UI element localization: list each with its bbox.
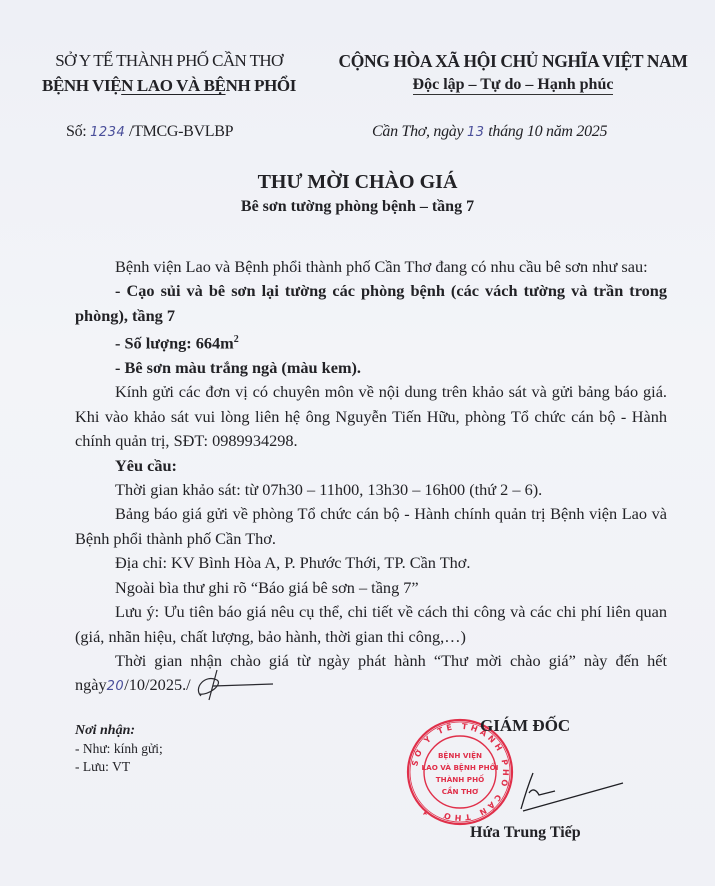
national-motto: Độc lập – Tự do – Hạnh phúc: [322, 76, 704, 94]
invitation-paragraph: Kính gửi các đơn vị có chuyên môn về nội…: [75, 380, 667, 453]
organization-name: BỆNH VIỆN LAO VÀ BỆNH PHỔI: [30, 76, 308, 96]
recipient-item: - Lưu: VT: [75, 758, 163, 776]
document-number: Số: 1234 /TMCG-BVLBP: [66, 123, 233, 141]
document-subtitle: Bê sơn tường phòng bệnh – tầng 7: [0, 198, 715, 216]
initials-signature-icon: [183, 666, 283, 706]
recipients-block: Nơi nhận: - Như: kính gửi; - Lưu: VT: [75, 722, 163, 776]
work-item-quantity: - Số lượng: 664m2: [75, 328, 667, 356]
handwritten-day: 13: [467, 125, 485, 140]
intro-paragraph: Bệnh viện Lao và Bệnh phổi thành phố Cần…: [75, 255, 667, 279]
work-item-scraping: - Cạo sủi và bê sơn lại tường các phòng …: [75, 279, 667, 328]
recipients-heading: Nơi nhận:: [75, 722, 163, 740]
country-name: CỘNG HÒA XÃ HỘI CHỦ NGHĨA VIỆT NAM: [322, 51, 704, 72]
place-and-date: Cần Thơ, ngày 13 tháng 10 năm 2025: [372, 123, 607, 141]
handwritten-deadline-day: 20: [107, 679, 125, 694]
handwritten-number: 1234: [90, 125, 125, 140]
svg-text:CẦN THƠ: CẦN THƠ: [442, 786, 479, 796]
document-title: THƯ MỜI CHÀO GIÁ: [0, 171, 715, 194]
signer-name: Hứa Trung Tiếp: [470, 824, 581, 842]
address: Địa chỉ: KV Bình Hòa A, P. Phước Thới, T…: [75, 551, 667, 575]
deadline-paragraph: Thời gian nhận chào giá từ ngày phát hàn…: [75, 649, 667, 700]
requirements-heading: Yêu cầu:: [75, 454, 667, 478]
signer-title: GIÁM ĐỐC: [480, 716, 570, 736]
send-to: Bảng báo giá gửi về phòng Tổ chức cán bộ…: [75, 502, 667, 551]
note-paragraph: Lưu ý: Ưu tiên báo giá nêu cụ thể, chi t…: [75, 600, 667, 649]
envelope-note: Ngoài bìa thư ghi rõ “Báo giá bê sơn – t…: [75, 576, 667, 600]
letter-body: Bệnh viện Lao và Bệnh phổi thành phố Cần…: [75, 255, 667, 700]
work-item-color: - Bê sơn màu trắng ngà (màu kem).: [75, 356, 667, 380]
document-page: SỞ Y TẾ THÀNH PHỐ CẦN THƠ BỆNH VIỆN LAO …: [0, 0, 715, 886]
svg-text:BỆNH VIỆN: BỆNH VIỆN: [438, 751, 482, 760]
recipient-item: - Như: kính gửi;: [75, 740, 163, 758]
svg-text:LAO VÀ BỆNH PHỔI: LAO VÀ BỆNH PHỔI: [422, 762, 499, 772]
director-signature-icon: [515, 765, 635, 815]
svg-text:THÀNH PHỐ: THÀNH PHỐ: [436, 774, 484, 784]
agency-name: SỞ Y TẾ THÀNH PHỐ CẦN THƠ: [38, 51, 300, 71]
survey-time: Thời gian khảo sát: từ 07h30 – 11h00, 13…: [75, 478, 667, 502]
